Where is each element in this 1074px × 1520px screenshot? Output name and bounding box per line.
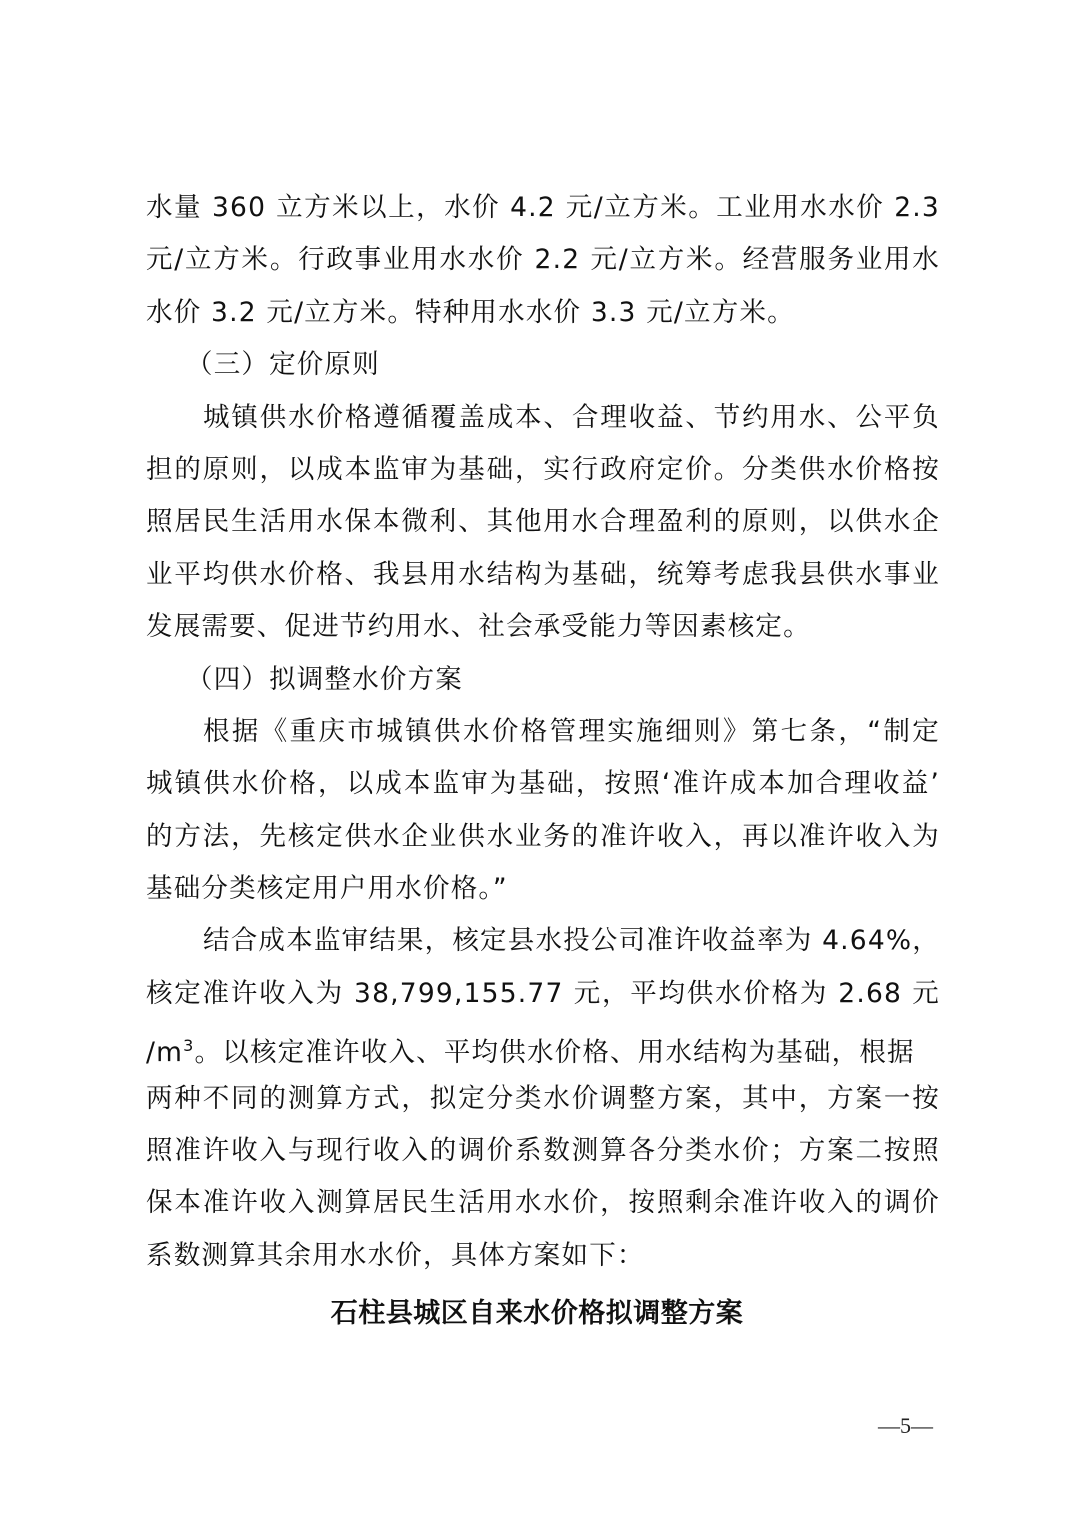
text-line: 两种不同的测算方式，拟定分类水价调整方案，其中，方案一按 bbox=[146, 1073, 940, 1125]
text-line: 担的原则，以成本监审为基础，实行政府定价。分类供水价格按 bbox=[146, 444, 940, 496]
text-line: 的方法，先核定供水企业供水业务的准许收入，再以准许收入为 bbox=[146, 811, 940, 863]
text-line: 系数测算其余用水水价，具体方案如下： bbox=[146, 1230, 940, 1282]
text-line: 核定准许收入为 38,799,155.77 元，平均供水价格为 2.68 元 bbox=[146, 968, 940, 1020]
text-line: /m3。以核定准许收入、平均供水价格、用水结构为基础，根据 bbox=[146, 1020, 940, 1072]
text-line: 水价 3.2 元/立方米。特种用水水价 3.3 元/立方米。 bbox=[146, 287, 940, 339]
text-line: 保本准许收入测算居民生活用水水价，按照剩余准许收入的调价 bbox=[146, 1177, 940, 1229]
text-line: 发展需要、促进节约用水、社会承受能力等因素核定。 bbox=[146, 601, 940, 653]
section-heading-4: （四）拟调整水价方案 bbox=[146, 654, 940, 706]
text-line: 根据《重庆市城镇供水价格管理实施细则》第七条，“制定 bbox=[146, 706, 940, 758]
text-line: 元/立方米。行政事业用水水价 2.2 元/立方米。经营服务业用水 bbox=[146, 234, 940, 286]
text-line: 城镇供水价格，以成本监审为基础，按照‘准许成本加合理收益’ bbox=[146, 758, 940, 810]
text-line: 业平均供水价格、我县用水结构为基础，统筹考虑我县供水事业 bbox=[146, 549, 940, 601]
text-span: 。以核定准许收入、平均供水价格、用水结构为基础，根据 bbox=[195, 1037, 915, 1068]
text-line: 结合成本监审结果，核定县水投公司准许收益率为 4.64%， bbox=[146, 915, 940, 967]
text-line: 照居民生活用水保本微利、其他用水合理盈利的原则，以供水企 bbox=[146, 496, 940, 548]
superscript: 3 bbox=[183, 1036, 194, 1055]
page-number: —5— bbox=[878, 1413, 933, 1439]
table-title: 石柱县城区自来水价格拟调整方案 bbox=[0, 1291, 1074, 1330]
document-body: 水量 360 立方米以上，水价 4.2 元/立方米。工业用水水价 2.3 元/立… bbox=[146, 182, 940, 1282]
text-line: 基础分类核定用户用水价格。” bbox=[146, 863, 940, 915]
unit-text: /m bbox=[146, 1037, 183, 1068]
section-heading-3: （三）定价原则 bbox=[146, 339, 940, 391]
text-line: 照准许收入与现行收入的调价系数测算各分类水价；方案二按照 bbox=[146, 1125, 940, 1177]
text-line: 水量 360 立方米以上，水价 4.2 元/立方米。工业用水水价 2.3 bbox=[146, 182, 940, 234]
text-line: 城镇供水价格遵循覆盖成本、合理收益、节约用水、公平负 bbox=[146, 392, 940, 444]
